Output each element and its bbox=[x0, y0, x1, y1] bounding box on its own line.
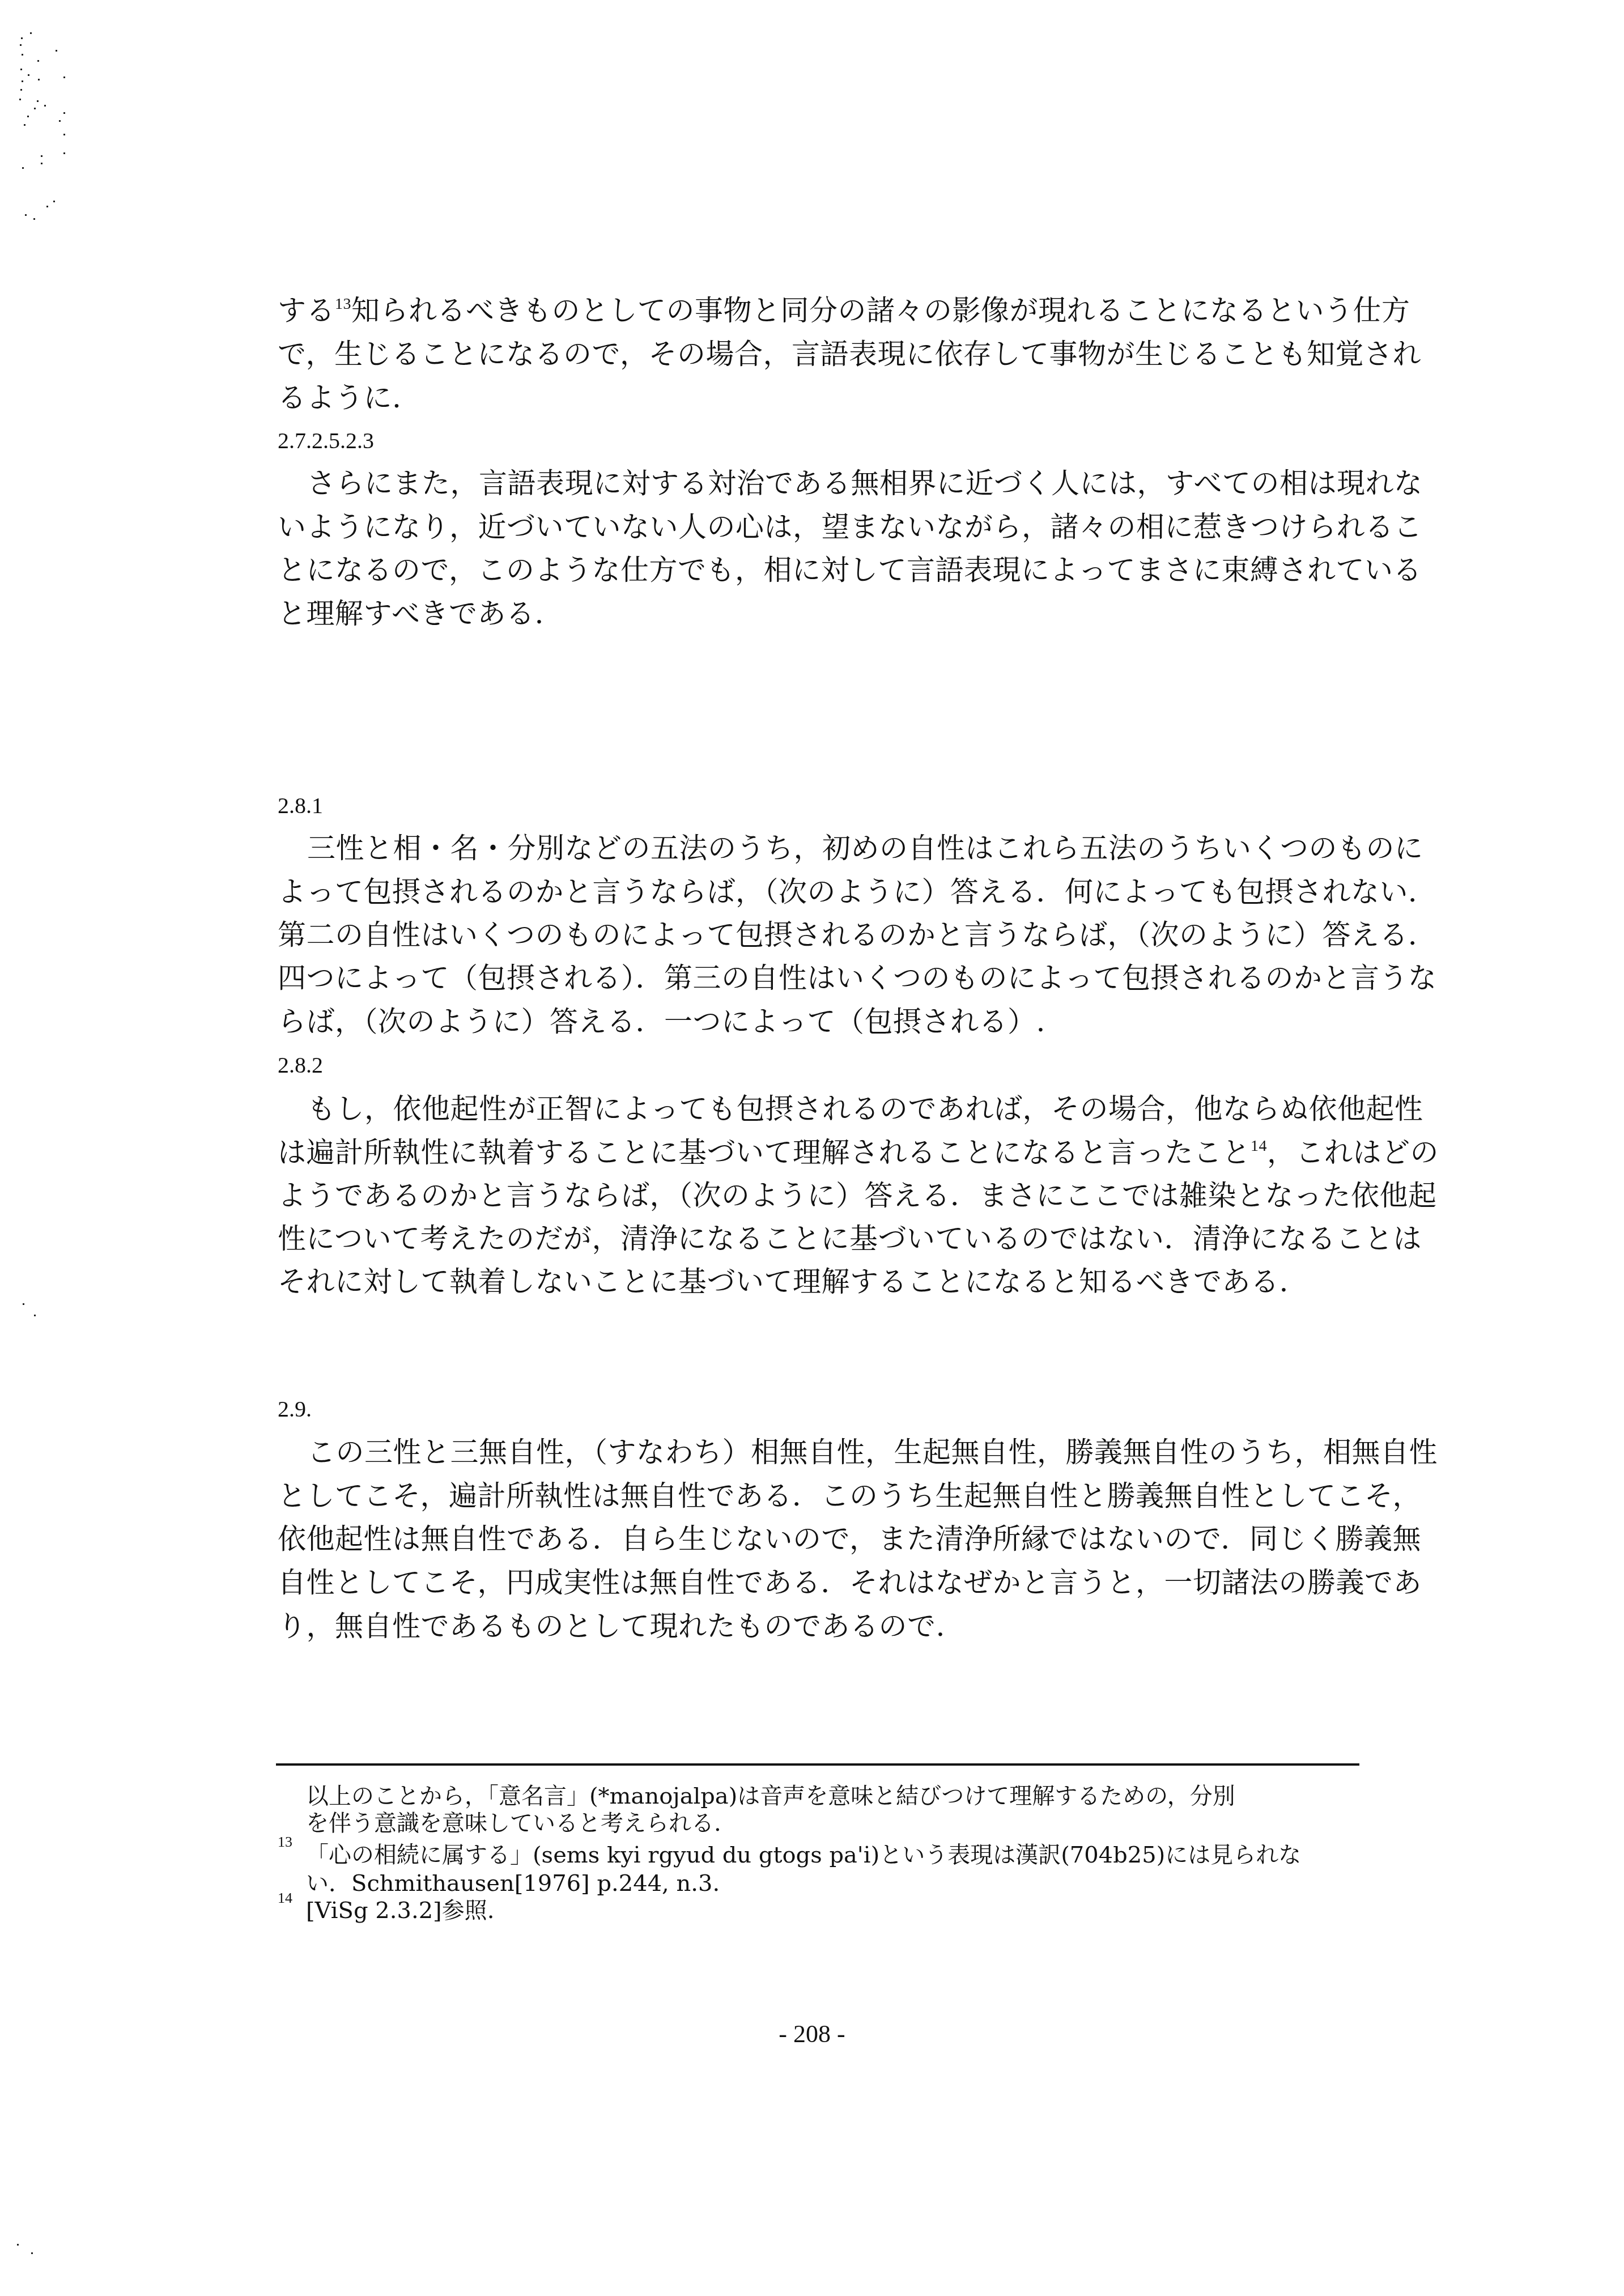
text-line: で，生じることになるので，その場合，言語表現に依存して事物が生じることも知覚され bbox=[278, 337, 1360, 371]
footnote-continued-line: 以上のことから，「意名言」(*manojalpa)は音声を意味と結びつけて理解す… bbox=[306, 1783, 1235, 1810]
text-line: さらにまた，言語表現に対する対治である無相界に近づく人には，すべての相は現れな bbox=[278, 466, 1360, 500]
text-line: と理解すべきである. bbox=[278, 597, 1360, 631]
text-line: それに対して執着しないことに基づいて理解することになると知るべきである. bbox=[278, 1265, 1360, 1299]
footnote-ref-13[interactable]: 13 bbox=[335, 295, 351, 313]
text-line: は遍計所執性に執着することに基づいて理解されることになると言ったこと14，これは… bbox=[278, 1136, 1360, 1170]
text-line: する13知られるべきものとしての事物と同分の諸々の影像が現れることになるという仕… bbox=[278, 294, 1360, 328]
footnote-ref-14[interactable]: 14 bbox=[1251, 1137, 1267, 1155]
text-line: もし，依他起性が正智によっても包摂されるのであれば，その場合，他ならぬ依他起性 bbox=[278, 1092, 1360, 1126]
footnote-continued-line: を伴う意識を意味していると考えられる. bbox=[306, 1810, 721, 1837]
document-page: する13知られるべきものとしての事物と同分の諸々の影像が現れることになるという仕… bbox=[0, 0, 1624, 2296]
footnote-mark: 13 bbox=[278, 1834, 292, 1851]
footnote-line: い．Schmithausen[1976] p.244, n.3. bbox=[306, 1870, 720, 1897]
footnote-divider bbox=[276, 1763, 1359, 1766]
section-heading: 2.7.2.5.2.3 bbox=[278, 427, 374, 455]
text-line: いようになり，近づいていない人の心は，望まないながら，諸々の相に惹きつけられるこ bbox=[278, 510, 1360, 544]
text-line: 依他起性は無自性である．自ら生じないので，また清浄所縁ではないので．同じく勝義無 bbox=[278, 1522, 1360, 1556]
text-line: り，無自性であるものとして現れたものであるので. bbox=[278, 1609, 1360, 1643]
text-line: 性について考えたのだが，清浄になることに基づいているのではない．清浄になることは bbox=[278, 1222, 1360, 1256]
section-heading: 2.8.2 bbox=[278, 1051, 323, 1079]
page-number: - 208 - bbox=[0, 2020, 1624, 2048]
text-line: よって包摂されるのかと言うならば，（次のように）答える．何によっても包摂されない… bbox=[278, 875, 1360, 909]
text-line: としてこそ，遍計所執性は無自性である．このうち生起無自性と勝義無自性としてこそ， bbox=[278, 1479, 1360, 1513]
text-line: 自性としてこそ，円成実性は無自性である．それはなぜかと言うと，一切諸法の勝義であ bbox=[278, 1566, 1360, 1600]
text-line: ようであるのかと言うならば，（次のように）答える．まさにここでは雑染となった依他… bbox=[278, 1179, 1360, 1213]
text-line: 第二の自性はいくつのものによって包摂されるのかと言うならば，（次のように）答える… bbox=[278, 918, 1360, 952]
footnote-line: 「心の相続に属する」(sems kyi rgyud du gtogs pa'i)… bbox=[306, 1842, 1301, 1869]
footnote-line: [ViSg 2.3.2]参照. bbox=[306, 1897, 494, 1924]
section-heading: 2.8.1 bbox=[278, 792, 323, 820]
text-line: この三性と三無自性，（すなわち）相無自性，生起無自性，勝義無自性のうち，相無自性 bbox=[278, 1435, 1360, 1469]
section-heading: 2.9. bbox=[278, 1395, 312, 1423]
text-line: るように. bbox=[278, 381, 1360, 415]
footnote-mark: 14 bbox=[278, 1890, 292, 1907]
text-line: とになるので，このような仕方でも，相に対して言語表現によってまさに束縛されている bbox=[278, 553, 1360, 587]
text-line: 四つによって（包摂される）．第三の自性はいくつのものによって包摂されるのかと言う… bbox=[278, 961, 1360, 995]
text-line: 三性と相・名・分別などの五法のうち，初めの自性はこれら五法のうちいくつのものに bbox=[278, 831, 1360, 865]
text-line: らば，（次のように）答える．一つによって（包摂される）. bbox=[278, 1005, 1360, 1039]
